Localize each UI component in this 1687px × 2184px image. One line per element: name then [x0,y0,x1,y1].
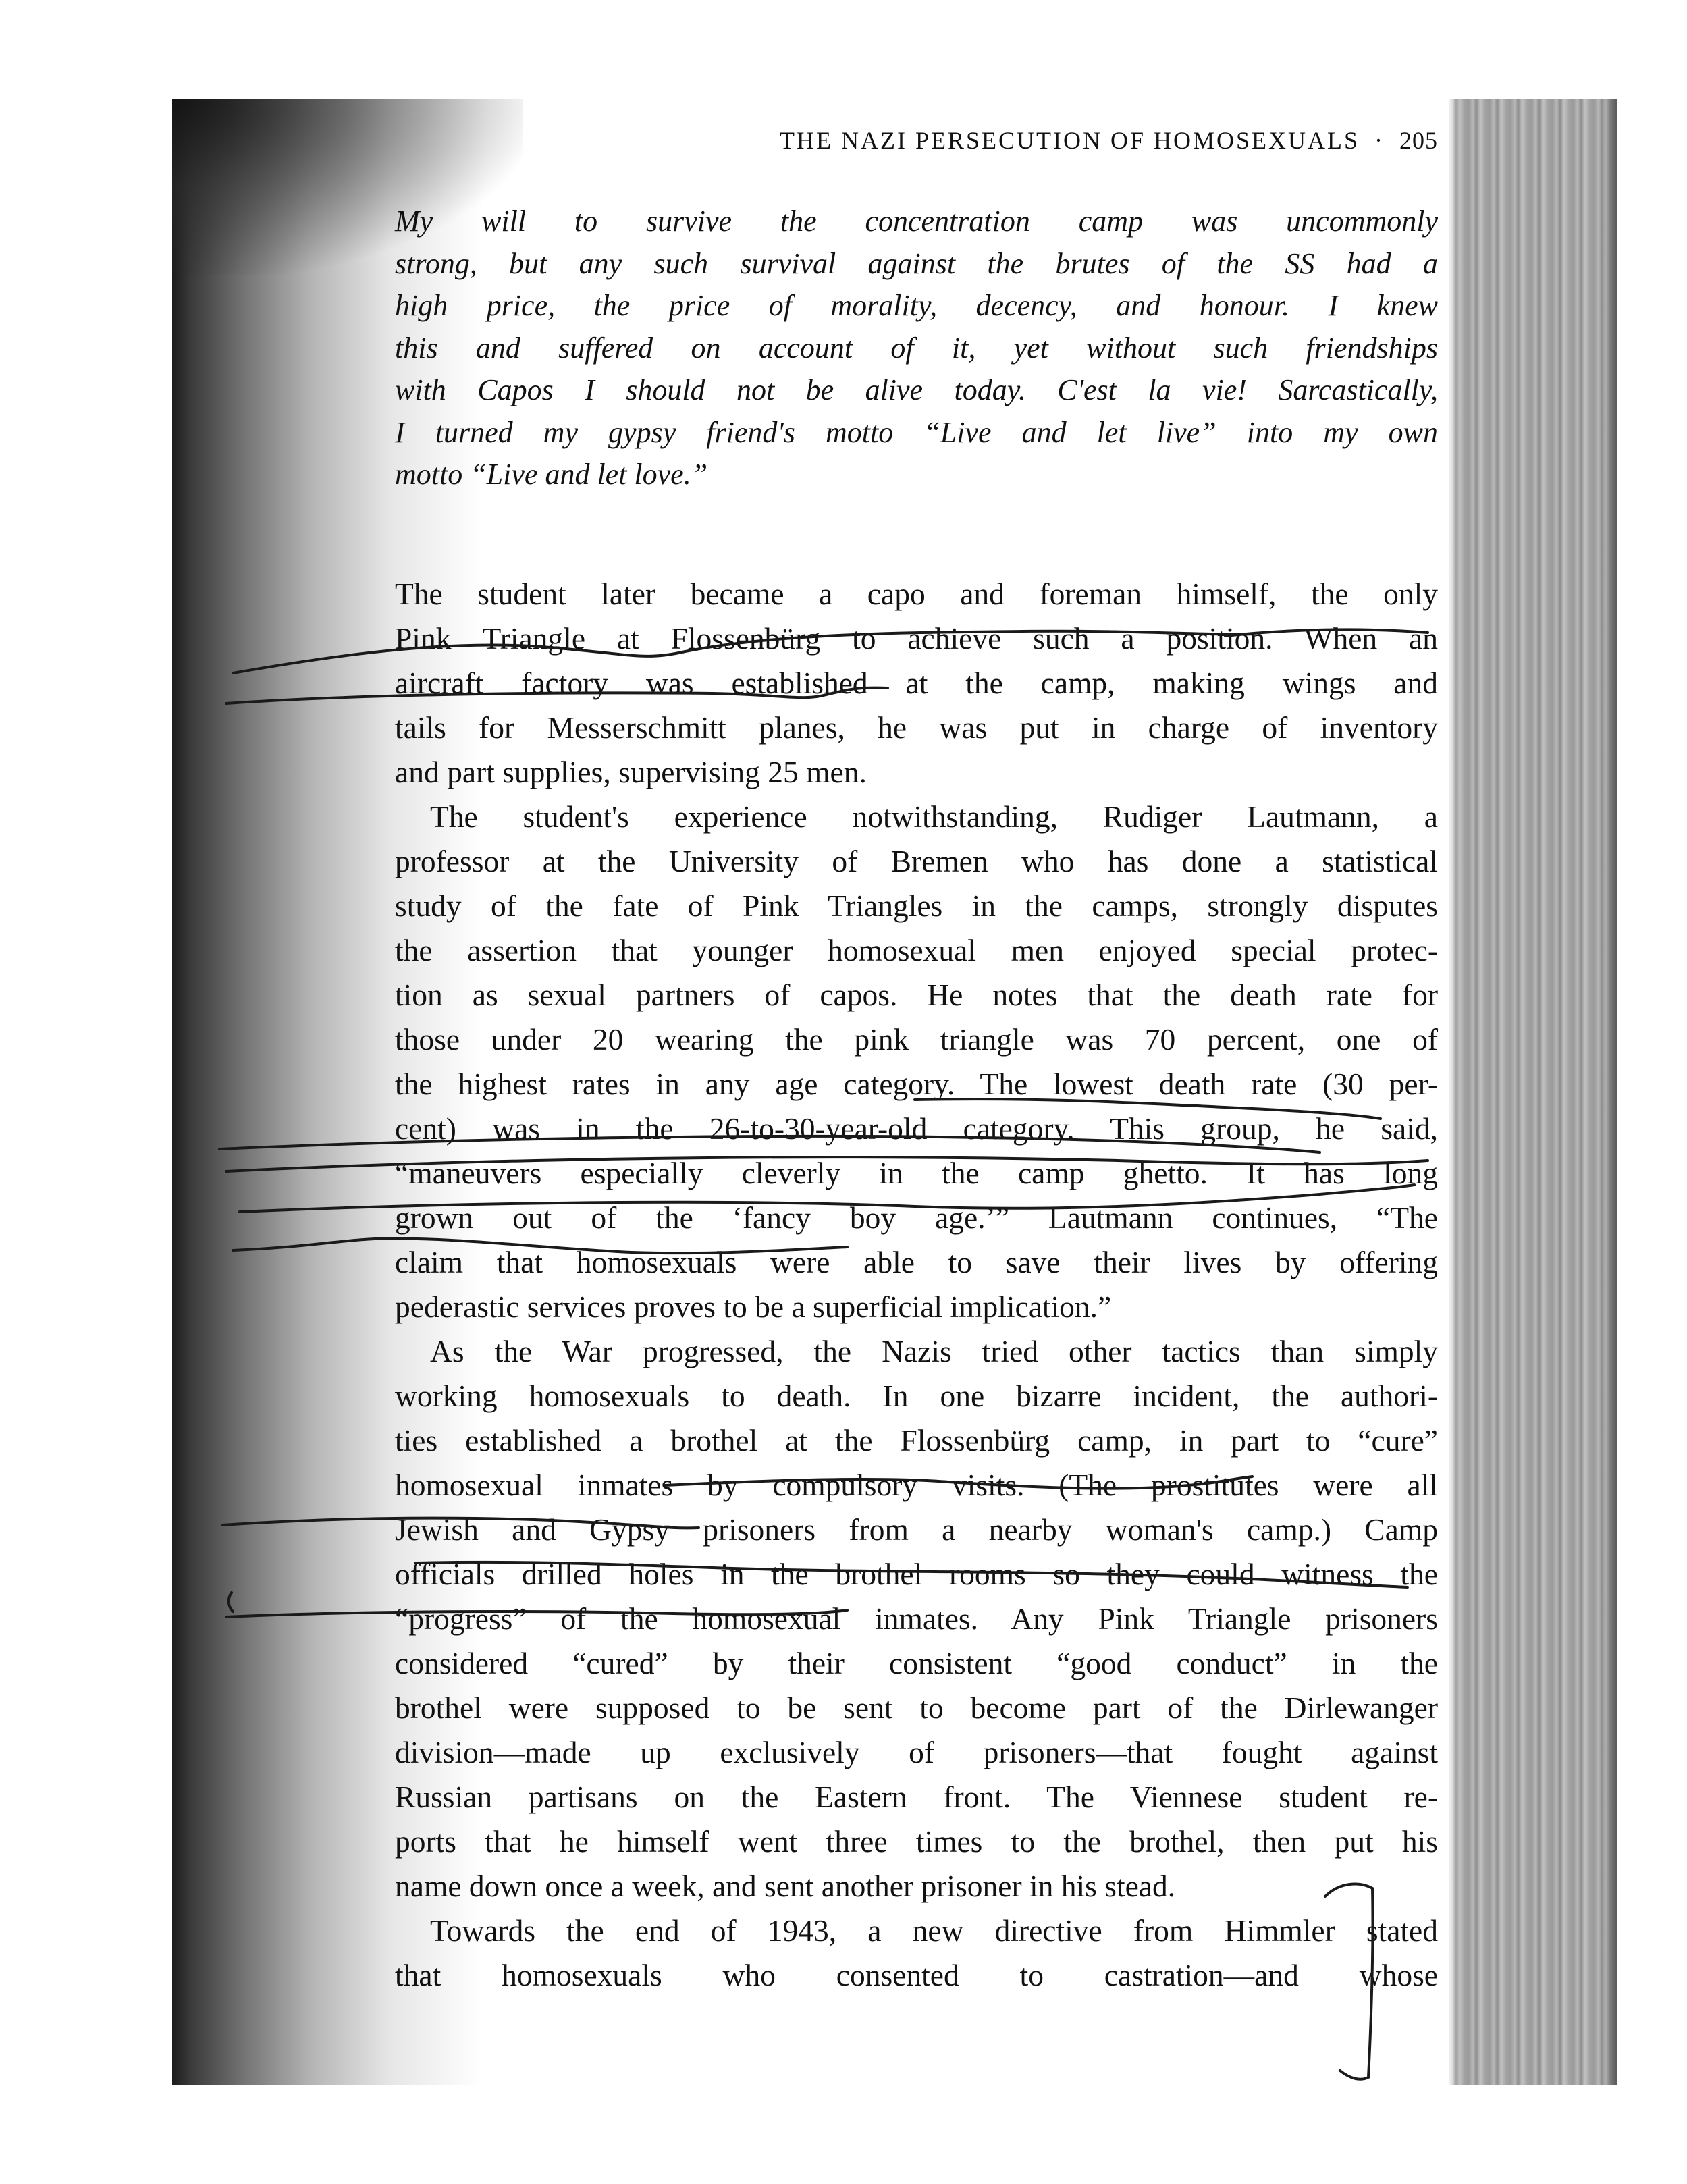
quote-line: strong, but any such survival against th… [395,243,1438,286]
quote-line: My will to survive the concentration cam… [395,201,1438,243]
text-line: tails for Messerschmitt planes, he was p… [395,705,1438,750]
text-line: tion as sexual partners of capos. He not… [395,973,1438,1017]
text-line: officials drilled holes in the brothel r… [395,1552,1438,1597]
text-line: considered “cured” by their consistent “… [395,1641,1438,1686]
text-line: those under 20 wearing the pink triangle… [395,1017,1438,1062]
text-line: Russian partisans on the Eastern front. … [395,1775,1438,1819]
running-header: THE NAZI PERSECUTION OF HOMOSEXUALS·205 [395,126,1438,155]
text-line: cent) was in the 26-to-30-year-old categ… [395,1107,1438,1151]
header-separator: · [1374,127,1385,154]
block-quote: My will to survive the concentration cam… [395,201,1438,496]
quote-line: I turned my gypsy friend's motto “Live a… [395,412,1438,454]
text-line: “progress” of the homosexual inmates. An… [395,1597,1438,1641]
text-line: brothel were supposed to be sent to beco… [395,1686,1438,1730]
text-line: ports that he himself went three times t… [395,1819,1438,1864]
text-line: study of the fate of Pink Triangles in t… [395,884,1438,928]
text-line: grown out of the ‘fancy boy age.’” Lautm… [395,1196,1438,1240]
text-line: The student's experience notwithstanding… [395,795,1438,839]
text-line: that homosexuals who consented to castra… [395,1953,1438,1998]
text-line: aircraft factory was established at the … [395,661,1438,705]
running-title: THE NAZI PERSECUTION OF HOMOSEXUALS [780,127,1360,154]
page-number: 205 [1399,127,1438,154]
text-line: working homosexuals to death. In one biz… [395,1374,1438,1418]
quote-line: high price, the price of morality, decen… [395,285,1438,327]
text-line: Towards the end of 1943, a new directive… [395,1909,1438,1953]
text-line: name down once a week, and sent another … [395,1864,1438,1909]
quote-line: motto “Live and let love.” [395,454,1438,496]
text-line: the highest rates in any age category. T… [395,1062,1438,1107]
paragraph-4: Towards the end of 1943, a new directive… [395,1909,1438,1998]
text-line: homosexual inmates by compulsory visits.… [395,1463,1438,1508]
text-line: professor at the University of Bremen wh… [395,839,1438,884]
paragraph-2: The student's experience notwithstanding… [395,795,1438,1329]
text-line: Pink Triangle at Flossenbürg to achieve … [395,616,1438,661]
quote-line: this and suffered on account of it, yet … [395,327,1438,370]
text-line: and part supplies, supervising 25 men. [395,750,1438,795]
text-line: claim that homosexuals were able to save… [395,1240,1438,1285]
paragraph-1: The student later became a capo and fore… [395,572,1438,795]
text-line: the assertion that younger homosexual me… [395,928,1438,973]
text-line: division—made up exclusively of prisoner… [395,1730,1438,1775]
text-line: ties established a brothel at the Flosse… [395,1418,1438,1463]
text-line: As the War progressed, the Nazis tried o… [395,1329,1438,1374]
page-edge-strip [1448,99,1617,2085]
text-line: “maneuvers especially cleverly in the ca… [395,1151,1438,1196]
paragraph-3: As the War progressed, the Nazis tried o… [395,1329,1438,1909]
text-line: Jewish and Gypsy prisoners from a nearby… [395,1508,1438,1552]
quote-line: with Capos I should not be alive today. … [395,369,1438,412]
text-line: The student later became a capo and fore… [395,572,1438,616]
scanned-book-page: THE NAZI PERSECUTION OF HOMOSEXUALS·205 … [172,99,1617,2085]
text-line: pederastic services proves to be a super… [395,1285,1438,1329]
